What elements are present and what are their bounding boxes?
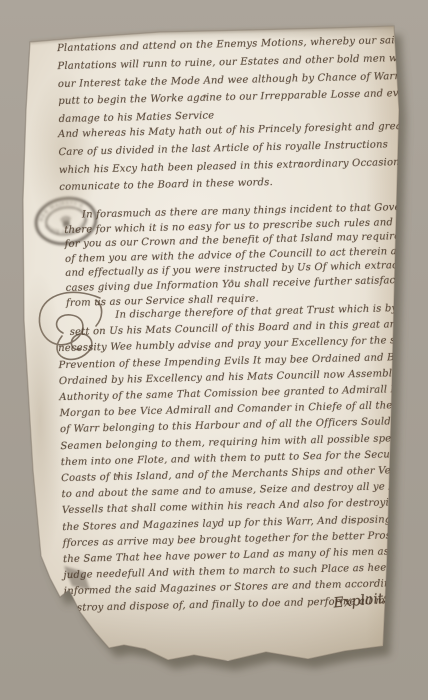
paragraph-1: Plantations and attend on the Enemys Mot… (57, 30, 428, 129)
paragraph-2: And whereas his Maty hath out of his Pri… (58, 118, 414, 198)
paragraph-3: In forasmuch as there are many things in… (64, 200, 428, 311)
paragraph-4: In discharge therefore of that great Tru… (57, 299, 428, 617)
photo-background: ♛ HER MAJESTY'S STATE PAPER OFFICE Plant… (0, 0, 428, 700)
